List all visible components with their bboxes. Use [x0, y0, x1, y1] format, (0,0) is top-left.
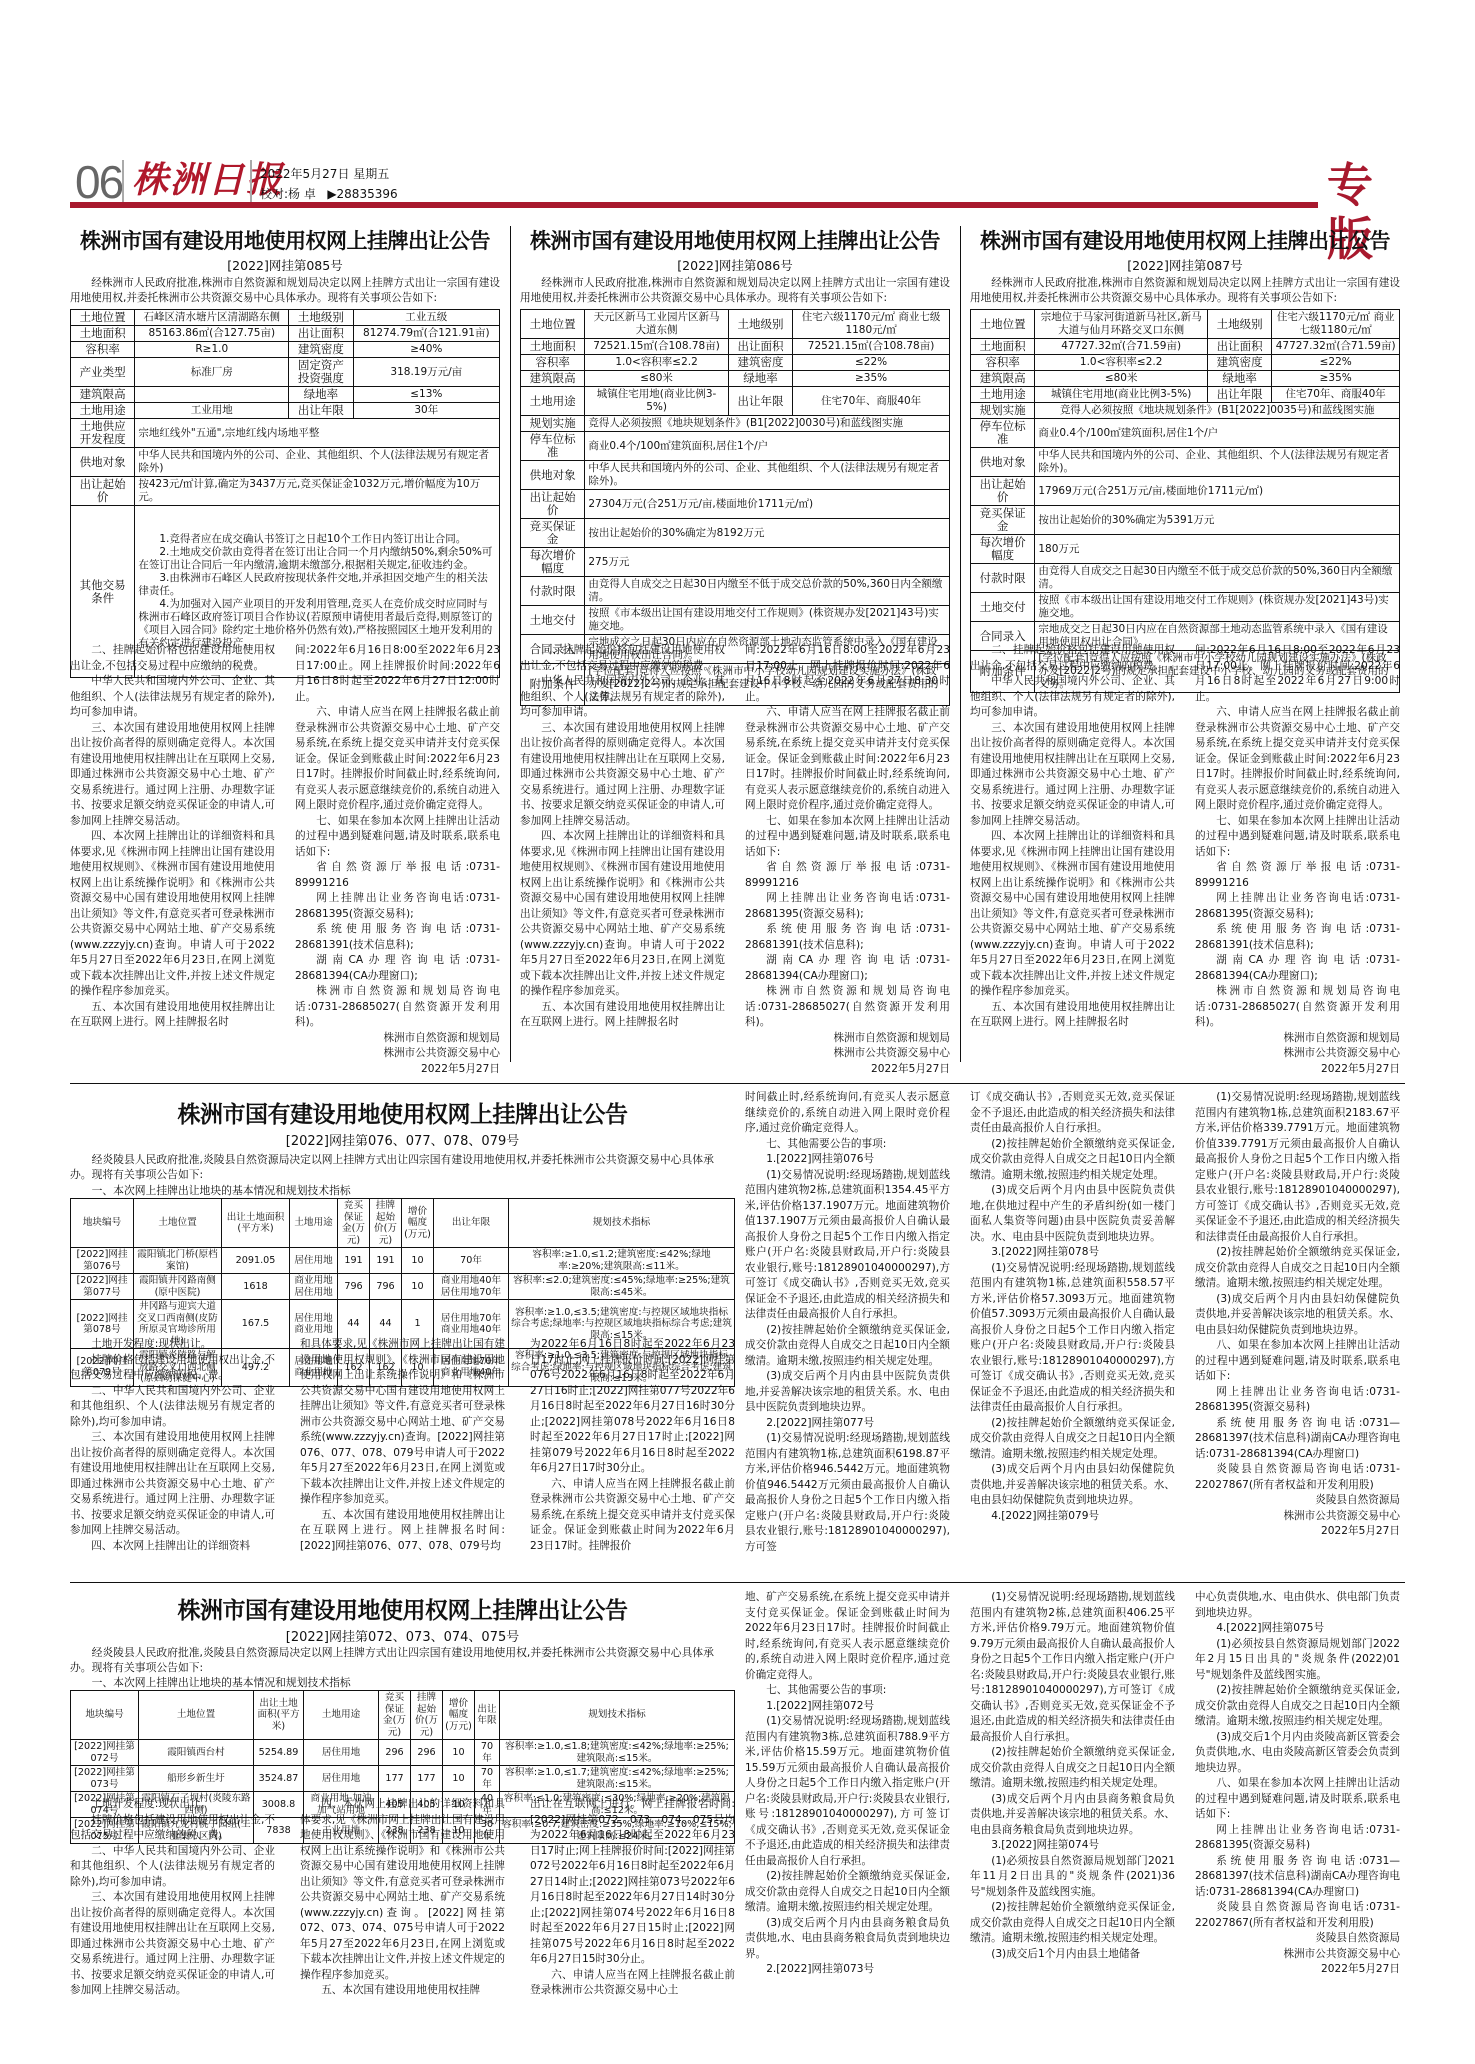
table-cell: 工业用地 — [135, 403, 289, 419]
table-row: [2022]网挂第077号霞阳镇井冈路南侧(原中医院)1618商业用地 居住用地… — [71, 1274, 735, 1300]
text-paragraph: 2.[2022]网挂第073号 — [745, 1962, 950, 1978]
page-number: 06 — [75, 158, 122, 206]
table-row: 土地位置石峰区清水塘片区清湖路东侧土地级别工业五级 — [71, 310, 500, 326]
header-rule — [70, 202, 1318, 208]
text-paragraph: 三、本次国有建设用地使用权网上挂牌出让按价高者得的原则确定竞得人。本次国有建设用… — [970, 721, 1175, 830]
table-cell: 竞买保证金 — [971, 506, 1035, 535]
table-cell: 挂牌起始价(万元) — [411, 1691, 443, 1740]
text-paragraph: 2022年5月27日 — [1195, 1524, 1400, 1540]
text-paragraph: 株洲市公共资源交易中心 — [295, 1046, 500, 1062]
text-paragraph: 1.[2022]网挂第072号 — [745, 1699, 950, 1715]
table-row: 容积率1.0<容积率≤2.2建筑密度≤22% — [971, 355, 1400, 371]
text-paragraph: (3)成交后两个月内由县妇幼保健院负责供地,并妥善解决该宗地的租赁关系。水、电由… — [1195, 1292, 1400, 1339]
table-cell: 47727.32㎡(合71.59亩) — [1272, 339, 1400, 355]
text-paragraph: 二、挂牌起始价格包括建设用地使用权出让金,不包括交易过程中应缴纳的税费。 — [70, 643, 275, 674]
table-cell: 180万元 — [1035, 535, 1400, 564]
text-paragraph: 省自然资源厅举报电话:0731-89991216 — [745, 860, 950, 891]
notice-072-col6: 中心负责供地,水、电由供水、供电部门负责到地块边界。4.[2022]网挂第075… — [1195, 1590, 1400, 1978]
section-rule — [70, 1083, 1405, 1084]
notice-087-body-col2: 间:2022年6月16日8:00至2022年6月23日17:00止。网上挂牌报价… — [1195, 643, 1400, 1077]
table-cell: 供地对象 — [71, 448, 135, 477]
table-cell: 出让面积 — [289, 326, 353, 342]
table-cell: 容积率 — [71, 342, 135, 358]
table-row: [2022]网挂第073号船形乡新生圩3524.87居住用地1771771070… — [71, 1766, 735, 1792]
text-paragraph: (1)交易情况说明:经现场踏勘,规划蓝线范围内有建筑物1栋,总建筑面积558.5… — [970, 1261, 1175, 1416]
table-row: 建筑限高≤80米绿地率≥35% — [971, 371, 1400, 387]
table-cell: 土地用途 — [521, 387, 585, 416]
table-cell: 建筑限高 — [971, 371, 1035, 387]
table-cell: 土地面积 — [521, 339, 585, 355]
text-paragraph: (2)按挂牌起始价全额缴纳竞买保证金,成交价款由竞得人自成交之日起10日内全额缴… — [970, 1137, 1175, 1184]
table-cell: 191 — [370, 1248, 402, 1274]
text-paragraph: 系统使用服务咨询电话:0731-28681391(技术信息科); — [295, 922, 500, 953]
table-cell: 土地位置 — [134, 1199, 222, 1248]
table-cell: 付款时限 — [971, 564, 1035, 593]
table-cell: 30年 — [353, 403, 499, 419]
table-row: 竞买保证金按出让起始价的30%确定为5391万元 — [971, 506, 1400, 535]
text-paragraph: 株洲市自然资源和规划局咨询电话:0731-28685027(自然资源开发利用科)… — [745, 984, 950, 1031]
table-cell — [135, 387, 289, 403]
text-paragraph: 株洲市公共资源交易中心 — [1195, 1046, 1400, 1062]
text-paragraph: 三、本次国有建设用地使用权网上挂牌出让按价高者得的原则确定竞得人。本次国有建设用… — [520, 721, 725, 830]
table-cell: 城镇住宅用地(商业比例3-5%) — [1035, 387, 1208, 403]
table-cell: 土地交付 — [971, 593, 1035, 622]
table-row: 土地供应开发程度宗地红线外"五通",宗地红线内场地平整 — [71, 419, 500, 448]
text-paragraph: 为2022年6月16日8时起至2022年6月23日17时止;网上挂牌报价时间:[… — [530, 1337, 735, 1477]
text-paragraph: (1)交易情况说明:经现场踏勘,规划蓝线范围内有建筑物2栋,总建筑面积406.2… — [970, 1590, 1175, 1745]
table-cell: 按出让起始价的30%确定为8192万元 — [585, 519, 950, 548]
table-cell: 增价幅度(万元) — [443, 1691, 475, 1740]
notice-072-col4: 地、矿产交易系统,在系统上提交竞买申请并支付竞买保证金。保证金到账截止时间为20… — [745, 1590, 950, 1978]
text-paragraph: (2)按挂牌起始价全额缴纳竞买保证金,成交价款由竞得人自成交之日起10日内全额缴… — [1195, 1245, 1400, 1292]
text-paragraph: (3)成交后两个月内由县中医院负责供地,在供地过程中产生的矛盾纠纷(如一楼门面私… — [970, 1183, 1175, 1245]
table-row: 土地面积47727.32㎡(合71.59亩)出让面积47727.32㎡(合71.… — [971, 339, 1400, 355]
table-cell: 天元区新马工业园片区新马大道东侧 — [585, 310, 728, 339]
table-cell: 挂牌起始价(万元) — [370, 1199, 402, 1248]
masthead: 06 株洲日报 2022年5月27日 星期五 校对:杨 卓 ▶28835396 … — [70, 150, 1405, 220]
table-cell: 177 — [379, 1766, 411, 1792]
table-cell: 土地用途 — [304, 1691, 379, 1740]
notice-intro: 经株洲市人民政府批准,株洲市自然资源和规划局决定以网上挂牌方式出让一宗国有建设用… — [70, 276, 500, 306]
table-row: 产业类型标准厂房固定资产投资强度318.19万元/亩 — [71, 358, 500, 387]
text-paragraph: 挂牌价格包括建设用地使用权出让金,不包括交易过程中应缴纳的税、费。 — [70, 1813, 275, 1844]
table-cell: 1618 — [222, 1274, 290, 1300]
text-paragraph: 五、本次国有建设用地使用权挂牌 — [300, 1983, 505, 1999]
text-paragraph: 2022年5月27日 — [1195, 1062, 1400, 1078]
text-paragraph: (3)成交后两个月内由县商务粮食局负责供地,水、电由县商务粮食局负责到地块边界。 — [745, 1916, 950, 1963]
table-cell: 296 — [379, 1740, 411, 1766]
text-paragraph: 三、本次国有建设用地使用权网上挂牌出让按价高者得的原则确定竞得人。本次国有建设用… — [70, 1430, 275, 1539]
text-paragraph: 五、本次国有建设用地使用权挂牌出让在互联网上进行。网上挂牌报名时 — [520, 1000, 725, 1031]
text-paragraph: 炎陵县自然资源局 — [1195, 1493, 1400, 1509]
divider — [250, 160, 252, 204]
text-paragraph: 二、挂牌起始价格包括建设用地使用权出让金,不包括交易过程中应缴纳的税费。 — [970, 643, 1175, 674]
table-row: 停车位标准商业0.4个/100㎡建筑面积,居住1个/户 — [971, 419, 1400, 448]
table-cell: 绿地率 — [1207, 371, 1271, 387]
text-paragraph: 4.[2022]网挂第075号 — [1195, 1621, 1400, 1637]
table-cell: 地块编号 — [71, 1199, 134, 1248]
table-cell: 固定资产投资强度 — [289, 358, 353, 387]
table-cell: 地块编号 — [71, 1691, 139, 1740]
table-row: 每次增价幅度275万元 — [521, 548, 950, 577]
text-paragraph: 株洲市自然资源和规划局咨询电话:0731-28685027(自然资源开发利用科)… — [1195, 984, 1400, 1031]
table-cell: 土地位置 — [971, 310, 1035, 339]
notice-076-col2: 和具体要求,见《株洲市网上挂牌出让国有建设用地使用权规则》、《株洲市国有建设用地… — [300, 1337, 505, 1554]
notice-085-body-col1: 二、挂牌起始价格包括建设用地使用权出让金,不包括交易过程中应缴纳的税费。中华人民… — [70, 643, 275, 1031]
table-cell: 建筑密度 — [1207, 355, 1271, 371]
text-paragraph: 三、本次国有建设用地使用权网上挂牌出让按价高者得的原则确定竞得人。本次国有建设用… — [70, 1890, 275, 1999]
table-row: [2022]网挂第072号霞阳镇西台村5254.89居住用地2962961070… — [71, 1740, 735, 1766]
notice-number: [2022]网挂第072、073、074、075号 — [70, 1626, 735, 1645]
text-paragraph: 七、如果在参加本次网上挂牌出让活动的过程中遇到疑难问题,请及时联系,联系电话如下… — [1195, 814, 1400, 861]
notice-intro: 经炎陵县人民政府批准,炎陵县自然资源局决定以网上挂牌方式出让四宗国有建设用地使用… — [70, 1152, 735, 1182]
table-cell: 中华人民共和国境内外的公司、企业、其他组织、个人(法律法规另有规定者除外)。 — [585, 461, 950, 490]
land-info-table: 土地位置宗地位于马家河街道新马社区,新马大道与仙月环路交叉口东侧土地级别住宅六级… — [970, 309, 1400, 693]
table-cell: 土地位置 — [139, 1691, 254, 1740]
text-paragraph: 间:2022年6月16日8:00至2022年6月23日17:00止。网上挂牌报价… — [1195, 643, 1400, 705]
table-cell: 10 — [402, 1274, 434, 1300]
table-cell: 竞得人必须按照《地块规划条件》(B1[2022]0030号)和蓝线图实施 — [585, 416, 950, 432]
notice-076-col6: (1)交易情况说明:经现场踏勘,规划蓝线范围内有建筑物1栋,总建筑面积2183.… — [1195, 1090, 1400, 1540]
notice-intro: 经炎陵县人民政府批准,炎陵县自然资源局决定以网上挂牌方式出让四宗国有建设用地使用… — [70, 1645, 735, 1675]
table-cell: 按照《市本级出让国有建设用地交付工作规则》(株资规办发[2021]43号)实施交… — [585, 606, 950, 635]
text-paragraph: 湖南CA办理咨询电话:0731-28681394(CA办理窗口); — [1195, 953, 1400, 984]
text-paragraph: 中华人民共和国境内外公司、企业、其他组织、个人(法律法规另有规定者的除外),均可… — [70, 674, 275, 721]
text-paragraph: 三、本次国有建设用地使用权网上挂牌出让按价高者得的原则确定竞得人。本次国有建设用… — [70, 721, 275, 830]
table-cell: 1.0<容积率≤2.2 — [1035, 355, 1208, 371]
table-cell: 霞阳镇西台村 — [139, 1740, 254, 1766]
text-paragraph: 五、本次国有建设用地使用权挂牌出让在互联网上进行。网上挂牌报名时 — [970, 1000, 1175, 1031]
section-heading: 一、本次网上挂牌出让地块的基本情况和规划技术指标 — [70, 1675, 735, 1690]
table-cell: 出让面积 — [728, 339, 792, 355]
table-cell: 建筑密度 — [728, 355, 792, 371]
text-paragraph: 2022年5月27日 — [745, 1062, 950, 1078]
table-cell: 竞买保证金 — [521, 519, 585, 548]
table-cell: 出让起始价 — [521, 490, 585, 519]
table-cell: 建筑限高 — [71, 387, 135, 403]
notice-title: 株洲市国有建设用地使用权网上挂牌出让公告 — [970, 226, 1400, 256]
text-paragraph: 出让在互联网上进行。网上挂牌报名时间:[2022]网挂第072、073、074、… — [530, 1797, 735, 1968]
notice-title: 株洲市国有建设用地使用权网上挂牌出让公告 — [520, 226, 950, 256]
text-paragraph: (2)按挂牌起始价全额缴纳竞买保证金,成交价款由竞得人自成交之日起10日内全额缴… — [745, 1323, 950, 1370]
table-cell: 17969万元(合251万元/亩,楼面地价1711元/㎡) — [1035, 477, 1400, 506]
table-cell: 商业0.4个/100㎡建筑面积,居住1个/户 — [1035, 419, 1400, 448]
table-row: 出让起始价17969万元(合251万元/亩,楼面地价1711元/㎡) — [971, 477, 1400, 506]
table-cell: 出让年限 — [1207, 387, 1271, 403]
table-cell: 土地供应开发程度 — [71, 419, 135, 448]
notice-085: 株洲市国有建设用地使用权网上挂牌出让公告 [2022]网挂第085号 经株洲市人… — [70, 226, 500, 678]
notice-intro: 经株洲市人民政府批准,株洲市自然资源和规划局决定以网上挂牌方式出让一宗国有建设用… — [970, 276, 1400, 306]
table-cell: 2091.05 — [222, 1248, 290, 1274]
text-paragraph: 1.[2022]网挂第076号 — [745, 1152, 950, 1168]
notice-number: [2022]网挂第087号 — [970, 256, 1400, 276]
table-cell: 出让起始价 — [971, 477, 1035, 506]
text-paragraph: 株洲市自然资源和规划局 — [1195, 1031, 1400, 1047]
notice-076-col1: 土地开发程度:现状出让。挂牌价格包括建设用地使用权出让金,不包括交易过程中应缴纳… — [70, 1337, 275, 1554]
table-cell: 出让年限 — [434, 1199, 509, 1248]
text-paragraph: 时间截止时,经系统询问,有竞买人表示愿意继续竞价的,系统自动进入网上限时竞价程序… — [745, 1090, 950, 1137]
text-paragraph: 和具体要求,见《株洲市网上挂牌出让国有建设用地使用权规则》、《株洲市国有建设用地… — [300, 1337, 505, 1508]
table-cell: 居住用地 — [304, 1740, 379, 1766]
text-paragraph: 八、如果在参加本次网上挂牌出让活动的过程中遇到疑难问题,请及时联系,联系电话如下… — [1195, 1338, 1400, 1385]
text-paragraph: 株洲市自然资源和规划局 — [745, 1031, 950, 1047]
table-cell: 建筑密度 — [289, 342, 353, 358]
table-cell: 霞阳镇井冈路南侧(原中医院) — [134, 1274, 222, 1300]
table-cell: [2022]网挂第077号 — [71, 1274, 134, 1300]
text-paragraph: 省自然资源厅举报电话:0731-89991216 — [295, 860, 500, 891]
table-cell: 275万元 — [585, 548, 950, 577]
text-paragraph: 网上挂牌出让业务咨询电话:0731-28681395(资源交易科) — [1195, 1823, 1400, 1854]
text-paragraph: 六、申请人应当在网上挂牌报名截止前登录株洲市公共资源交易中心土地、矿产交易系统,… — [745, 705, 950, 814]
notice-086-body-col1: 二、挂牌起始价格包括建设用地使用权出让金,不包括交易过程中应缴纳的税费。中华人民… — [520, 643, 725, 1031]
table-cell: 796 — [338, 1274, 370, 1300]
text-paragraph: 中华人民共和国境内外公司、企业、其他组织、个人(法律法规另有规定者的除外),均可… — [970, 674, 1175, 721]
text-paragraph: (2)按挂牌起始价全额缴纳竞买保证金,成交价款由竞得人自成交之日起10日内全额缴… — [970, 1416, 1175, 1463]
table-cell: 土地位置 — [521, 310, 585, 339]
text-paragraph: 3.[2022]网挂第078号 — [970, 1245, 1175, 1261]
table-cell: ≤22% — [1272, 355, 1400, 371]
text-paragraph: 湖南CA办理咨询电话:0731-28681394(CA办理窗口); — [745, 953, 950, 984]
table-row: 土地用途城镇住宅用地(商业比例3-5%)出让年限住宅70年、商服40年 — [521, 387, 950, 416]
table-cell: 按423元/㎡计算,确定为3437万元,竞买保证金1032万元,增价幅度为10万… — [135, 477, 500, 506]
text-paragraph: 四、本次网上挂牌出让的详细资料和具体要求,见《株洲市网上挂牌出让国有建设用地使用… — [300, 1797, 505, 1983]
table-cell: 住宅六级1170元/㎡ 商业七级1180元/㎡ — [1272, 310, 1400, 339]
table-cell: 土地用途 — [971, 387, 1035, 403]
text-paragraph: 株洲市公共资源交易中心 — [745, 1046, 950, 1062]
text-paragraph: 五、本次国有建设用地使用权挂牌出让在互联网上进行。网上挂牌报名时 — [70, 1000, 275, 1031]
notice-076-col4: 时间截止时,经系统询问,有竞买人表示愿意继续竞价的,系统自动进入网上限时竞价程序… — [745, 1090, 950, 1555]
table-cell: 船形乡新生圩 — [139, 1766, 254, 1792]
notice-072-col2: 四、本次网上挂牌出让的详细资料和具体要求,见《株洲市网上挂牌出让国有建设用地使用… — [300, 1797, 505, 1999]
text-paragraph: 七、如果在参加本次网上挂牌出让活动的过程中遇到疑难问题,请及时联系,联系电话如下… — [745, 814, 950, 861]
table-cell: 按照《市本级出让国有建设用地交付工作规则》(株资规办发[2021]43号)实施交… — [1035, 593, 1400, 622]
text-paragraph: 四、本次网上挂牌出让的详细资料和具体要求,见《株洲市网上挂牌出让国有建设用地使用… — [70, 829, 275, 1000]
table-row: 地块编号土地位置出让土地面积(平方米)土地用途竞买保证金(万元)挂牌起始价(万元… — [71, 1691, 735, 1740]
newspaper-page: 06 株洲日报 2022年5月27日 星期五 校对:杨 卓 ▶28835396 … — [70, 0, 1405, 2064]
table-row: 付款时限由竞得人自成交之日起30日内缴至不低于成交总价款的50%,360日内全额… — [521, 577, 950, 606]
text-paragraph: 株洲市自然资源和规划局咨询电话:0731-28685027(自然资源开发利用科)… — [295, 984, 500, 1031]
text-paragraph: (1)交易情况说明:经现场踏勘,规划蓝线范围内有建筑物3栋,总建筑面积788.9… — [745, 1714, 950, 1869]
table-cell: 停车位标准 — [521, 432, 585, 461]
table-row: 规划实施竞得人必须按照《地块规划条件》(B1[2022]0030号)和蓝线图实施 — [521, 416, 950, 432]
table-cell: 竞得人必须按照《地块规划条件》(B1[2022]0035号)和蓝线图实施 — [1035, 403, 1400, 419]
text-paragraph: 炎陵县自然资源局咨询电话:0731-22027867(所有者权益和开发利用股) — [1195, 1462, 1400, 1493]
notice-intro: 经株洲市人民政府批准,株洲市自然资源和规划局决定以网上挂牌方式出让一宗国有建设用… — [520, 276, 950, 306]
notice-number: [2022]网挂第086号 — [520, 256, 950, 276]
table-cell: 27304万元(合251万元/亩,楼面地价1711元/㎡) — [585, 490, 950, 519]
table-cell: 容积率 — [971, 355, 1035, 371]
text-paragraph: 四、本次网上挂牌出让的详细资料和具体要求,见《株洲市网上挂牌出让国有建设用地使用… — [970, 829, 1175, 1000]
table-cell: 按出让起始价的30%确定为5391万元 — [1035, 506, 1400, 535]
text-paragraph: 省自然资源厅举报电话:0731-89991216 — [1195, 860, 1400, 891]
table-row: 供地对象中华人民共和国境内外的公司、企业、其他组织、个人(法律法规另有规定者除外… — [521, 461, 950, 490]
table-row: 出让起始价27304万元(合251万元/亩,楼面地价1711元/㎡) — [521, 490, 950, 519]
table-cell: 72521.15㎡(合108.78亩) — [585, 339, 728, 355]
table-cell: 72521.15㎡(合108.78亩) — [793, 339, 950, 355]
text-paragraph: 网上挂牌出让业务咨询电话:0731-28681395(资源交易科); — [295, 891, 500, 922]
table-cell: 建筑限高 — [521, 371, 585, 387]
table-cell: 47727.32㎡(合71.59亩) — [1035, 339, 1208, 355]
text-paragraph: 系统使用服务咨询电话:0731—28681397(技术信息科)湖南CA办理咨询电… — [1195, 1416, 1400, 1463]
text-paragraph: 地、矿产交易系统,在系统上提交竞买申请并支付竞买保证金。保证金到账截止时间为20… — [745, 1590, 950, 1683]
table-cell: ≤80米 — [585, 371, 728, 387]
table-cell: 出让土地面积(平方米) — [222, 1199, 290, 1248]
table-cell: 容积率:≤2.0;建筑密度:≤45%;绿地率:≥25%;建筑限高:≤45米。 — [509, 1274, 735, 1300]
text-paragraph: 四、本次网上挂牌出让的详细资料和具体要求,见《株洲市网上挂牌出让国有建设用地使用… — [520, 829, 725, 1000]
column-rule — [510, 226, 511, 1062]
table-cell: 70年 — [475, 1766, 500, 1792]
notice-title: 株洲市国有建设用地使用权网上挂牌出让公告 — [70, 226, 500, 256]
table-row: 建筑限高绿地率≤13% — [71, 387, 500, 403]
table-cell: 容积率:≥1.0,≤1.2;建筑密度:≤42%;绿地率:≥20%;建筑限高:≤1… — [509, 1248, 735, 1274]
notice-076-col5: 订《成交确认书》,否则竞买无效,竞买保证金不予退还,由此造成的相关经济损失和法律… — [970, 1090, 1175, 1524]
text-paragraph: (2)按挂牌起始价全额缴纳竞买保证金,成交价款由竞得人自成交之日起10日内全额缴… — [1195, 1683, 1400, 1730]
table-row: 容积率1.0<容积率≤2.2建筑密度≤22% — [521, 355, 950, 371]
table-cell: 土地面积 — [71, 326, 135, 342]
table-cell: 产业类型 — [71, 358, 135, 387]
text-paragraph: 4.[2022]网挂第079号 — [970, 1509, 1175, 1525]
table-cell: 容积率:≥1.0,≤1.7;建筑密度:≤42%;绿地率:≥25%;建筑限高:≤1… — [500, 1766, 735, 1792]
table-row: 土地位置宗地位于马家河街道新马社区,新马大道与仙月环路交叉口东侧土地级别住宅六级… — [971, 310, 1400, 339]
text-paragraph: 七、其他需要公告的事项: — [745, 1683, 950, 1699]
text-paragraph: 2.土地成交价款由竞得者在签订出让合同一个月内缴纳50%,剩余50%可在签订出让… — [138, 546, 496, 572]
table-cell: 85163.86㎡(合127.75亩) — [135, 326, 289, 342]
text-paragraph: (2)按挂牌起始价全额缴纳竞买保证金,成交价款由竞得人自成交之日起10日内全额缴… — [745, 1869, 950, 1916]
text-paragraph: (1)必须按县自然资源局规划部门2021年11月2日出具的"炎规条件(2021)… — [970, 1854, 1175, 1901]
table-row: 土地用途工业用地出让年限30年 — [71, 403, 500, 419]
text-paragraph: 2022年5月27日 — [1195, 1962, 1400, 1978]
table-cell: 296 — [411, 1740, 443, 1766]
table-cell: [2022]网挂第073号 — [71, 1766, 139, 1792]
text-paragraph: 系统使用服务咨询电话:0731-28681391(技术信息科); — [1195, 922, 1400, 953]
table-cell: 每次增价幅度 — [971, 535, 1035, 564]
table-cell: 规划实施 — [971, 403, 1035, 419]
text-paragraph: (1)交易情况说明:经现场踏勘,规划蓝线范围内有建筑物1栋,总建筑面积2183.… — [1195, 1090, 1400, 1245]
table-row: 土地面积72521.15㎡(合108.78亩)出让面积72521.15㎡(合10… — [521, 339, 950, 355]
text-paragraph: 五、本次国有建设用地使用权挂牌出让在互联网上进行。网上挂牌报名时间:[2022]… — [300, 1508, 505, 1555]
table-cell: 中华人民共和国境内外的公司、企业、其他组织、个人(法律法规另有规定者除外) — [135, 448, 500, 477]
text-paragraph: 间:2022年6月16日8:00至2022年6月23日17:00止。网上挂牌报价… — [295, 643, 500, 705]
table-cell: ≥40% — [353, 342, 499, 358]
text-paragraph: 湖南CA办理咨询电话:0731-28681394(CA办理窗口); — [295, 953, 500, 984]
table-cell: 供地对象 — [971, 448, 1035, 477]
table-cell: 出让年限 — [475, 1691, 500, 1740]
text-paragraph: 六、申请人应当在网上挂牌报名截止前登录株洲市公共资源交易中心土地、矿产交易系统,… — [530, 1477, 735, 1555]
table-cell: ≤22% — [793, 355, 950, 371]
text-paragraph: 二、挂牌起始价格包括建设用地使用权出让金,不包括交易过程中应缴纳的税费。 — [520, 643, 725, 674]
notice-072-col1: 土地开发程度:现状出让。挂牌价格包括建设用地使用权出让金,不包括交易过程中应缴纳… — [70, 1797, 275, 1999]
text-paragraph: (3)成交后两个月内由县妇幼保健院负责供地,并妥善解决该宗地的租赁关系。水、电由… — [970, 1462, 1175, 1509]
table-cell: ≥35% — [793, 371, 950, 387]
notice-number: [2022]网挂第076、077、078、079号 — [70, 1130, 735, 1149]
table-cell: 绿地率 — [728, 371, 792, 387]
text-paragraph: 株洲市公共资源交易中心 — [1195, 1947, 1400, 1963]
notice-085-body-col2: 间:2022年6月16日8:00至2022年6月23日17:00止。网上挂牌报价… — [295, 643, 500, 1077]
text-paragraph: (3)成交后1个月内由县土地储备 — [970, 1947, 1175, 1963]
section-rule — [70, 1582, 1405, 1583]
text-paragraph: 1.竞得者应在成交确认书签订之日起10个工作日内签订出让合同。 — [138, 533, 496, 546]
table-cell: 宗地位于马家河街道新马社区,新马大道与仙月环路交叉口东侧 — [1035, 310, 1208, 339]
text-paragraph: 四、本次网上挂牌出让的详细资料 — [70, 1539, 275, 1555]
text-paragraph: 七、其他需要公告的事项: — [745, 1137, 950, 1153]
table-cell: 中华人民共和国境内外的公司、企业、其他组织、个人(法律法规另有规定者除外)。 — [1035, 448, 1400, 477]
text-paragraph: 株洲市自然资源和规划局 — [295, 1031, 500, 1047]
text-paragraph: 3.由株洲市石峰区人民政府按现状条件交地,并承担因交地产生的相关法律责任。 — [138, 572, 496, 598]
text-paragraph: (1)必须按县自然资源局规划部门2022年2月15日出具的"炎规条件(2022)… — [1195, 1637, 1400, 1684]
divider — [122, 160, 124, 204]
text-paragraph: 中华人民共和国境内外公司、企业、其他组织、个人(法律法规另有规定者的除外),均可… — [520, 674, 725, 721]
text-paragraph: 订《成交确认书》,否则竞买无效,竞买保证金不予退还,由此造成的相关经济损失和法律… — [970, 1090, 1175, 1137]
table-cell: 81274.79㎡(合121.91亩) — [353, 326, 499, 342]
table-row: 地块编号土地位置出让土地面积(平方米)土地用途竞买保证金(万元)挂牌起始价(万元… — [71, 1199, 735, 1248]
table-row: 出让起始价按423元/㎡计算,确定为3437万元,竞买保证金1032万元,增价幅… — [71, 477, 500, 506]
table-cell: 竞买保证金(万元) — [379, 1691, 411, 1740]
text-paragraph: 二、中华人民共和国境内外公司、企业和其他组织、个人(法律法规另有规定者的除外),… — [70, 1384, 275, 1431]
table-cell: 土地级别 — [1207, 310, 1271, 339]
land-info-table: 土地位置石峰区清水塘片区清湖路东侧土地级别工业五级 土地面积85163.86㎡(… — [70, 309, 500, 678]
table-cell: [2022]网挂第076号 — [71, 1248, 134, 1274]
table-cell: 5254.89 — [254, 1740, 304, 1766]
table-row: 土地面积85163.86㎡(合127.75亩)出让面积81274.79㎡(合12… — [71, 326, 500, 342]
text-paragraph: 校对:杨 卓 — [260, 187, 316, 201]
table-cell: 318.19万元/亩 — [353, 358, 499, 387]
table-cell: 每次增价幅度 — [521, 548, 585, 577]
table-cell: 10 — [443, 1740, 475, 1766]
text-paragraph: (1)交易情况说明:经现场踏勘,规划蓝线范围内有建筑物1栋,总建筑面积6198.… — [745, 1431, 950, 1555]
table-cell: 出让起始价 — [71, 477, 135, 506]
text-paragraph: 挂牌价格包括建设用地使用权出让金,不包括交易过程中应缴纳的税、费。 — [70, 1353, 275, 1384]
table-cell: ≤80米 — [1035, 371, 1208, 387]
text-paragraph: 七、如果在参加本次网上挂牌出让活动的过程中遇到疑难问题,请及时联系,联系电话如下… — [295, 814, 500, 861]
text-paragraph: 2.[2022]网挂第077号 — [745, 1416, 950, 1432]
table-cell: 土地用途 — [290, 1199, 338, 1248]
table-cell: 供地对象 — [521, 461, 585, 490]
table-row: 土地用途城镇住宅用地(商业比例3-5%)出让年限住宅70年、商服40年 — [971, 387, 1400, 403]
table-cell: 土地面积 — [971, 339, 1035, 355]
table-cell: 规划技术指标 — [509, 1199, 735, 1248]
table-cell: 竞买保证金(万元) — [338, 1199, 370, 1248]
table-row: 供地对象中华人民共和国境内外的公司、企业、其他组织、个人(法律法规另有规定者除外… — [71, 448, 500, 477]
notice-087-body-col1: 二、挂牌起始价格包括建设用地使用权出让金,不包括交易过程中应缴纳的税费。中华人民… — [970, 643, 1175, 1031]
column-rule — [960, 226, 961, 1062]
table-cell: 商业0.4个/100㎡建筑面积,居住1个/户 — [585, 432, 950, 461]
notice-072-col3: 出让在互联网上进行。网上挂牌报名时间:[2022]网挂第072、073、074、… — [530, 1797, 735, 1999]
table-cell: 工业五级 — [353, 310, 499, 326]
text-paragraph: 2022年5月27日 — [295, 1062, 500, 1078]
notice-076-col3: 为2022年6月16日8时起至2022年6月23日17时止;网上挂牌报价时间:[… — [530, 1337, 735, 1554]
table-cell: 出让年限 — [289, 403, 353, 419]
table-cell: 停车位标准 — [971, 419, 1035, 448]
text-paragraph: 土地开发程度:现状出让。 — [70, 1337, 275, 1353]
table-cell: 出让土地面积(平方米) — [254, 1691, 304, 1740]
notice-087: 株洲市国有建设用地使用权网上挂牌出让公告 [2022]网挂第087号 经株洲市人… — [970, 226, 1400, 693]
table-cell: 增价幅度(万元) — [402, 1199, 434, 1248]
text-paragraph: 间:2022年6月16日8:00至2022年6月23日17:00止。网上挂牌报价… — [745, 643, 950, 705]
date-line: 2022年5月27日 星期五 — [260, 164, 398, 184]
table-cell: 住宅六级1170元/㎡ 商业七级1180元/㎡ — [793, 310, 950, 339]
text-paragraph: (2)按挂牌起始价全额缴纳竞买保证金,成交价款由竞得人自成交之日起10日内全额缴… — [970, 1900, 1175, 1947]
notice-072-col5: (1)交易情况说明:经现场踏勘,规划蓝线范围内有建筑物2栋,总建筑面积406.2… — [970, 1590, 1175, 1962]
table-row: 付款时限由竞得人自成交之日起30日内缴至不低于成交总价款的50%,360日内全额… — [971, 564, 1400, 593]
text-paragraph: 六、申请人应当在网上挂牌报名截止前登录株洲市公共资源交易中心土 — [530, 1968, 735, 1999]
text-paragraph: 八、如果在参加本次网上挂牌出让活动的过程中遇到疑难问题,请及时联系,联系电话如下… — [1195, 1776, 1400, 1823]
table-cell: 容积率:≥1.0,≤1.8;建筑密度:≤42%;绿地率:≥25%;建筑限高:≤1… — [500, 1740, 735, 1766]
table-row: [2022]网挂第076号霞阳镇北门桥(原档案馆)2091.05居住用地1911… — [71, 1248, 735, 1274]
table-row: 土地交付按照《市本级出让国有建设用地交付工作规则》(株资规办发[2021]43号… — [521, 606, 950, 635]
text-paragraph: 网上挂牌出让业务咨询电话:0731-28681395(资源交易科); — [1195, 891, 1400, 922]
table-cell: 居住用地 — [290, 1248, 338, 1274]
table-cell: ≥35% — [1272, 371, 1400, 387]
